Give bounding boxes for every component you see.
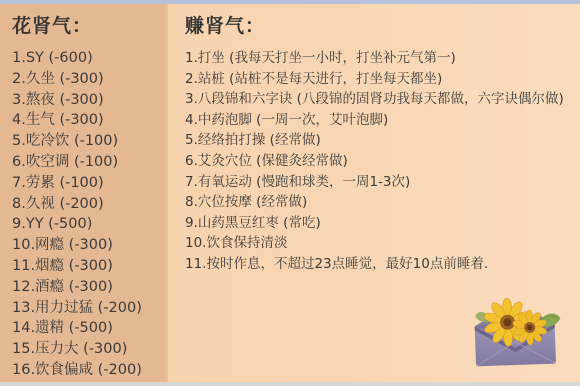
earn-list-item: 10.饮食保持清淡 [185, 233, 580, 254]
spend-panel-title: 花肾气： [12, 14, 168, 38]
earn-list-item: 4.中药泡脚 (一周一次，艾叶泡脚) [185, 110, 580, 131]
earn-list-item: 6.艾灸穴位 (保健灸经常做) [185, 151, 580, 172]
spend-list: 1.SY (-600)2.久坐 (-300)3.熬夜 (-300)4.生气 (-… [12, 48, 168, 381]
spend-list-item: 10.网瘾 (-300) [12, 235, 168, 256]
spend-list-item: 6.吹空调 (-100) [12, 152, 168, 173]
bottom-border-strip [0, 382, 580, 386]
earn-list-item: 8.穴位按摩 (经常做) [185, 192, 580, 213]
spend-list-item: 11.烟瘾 (-300) [12, 256, 168, 277]
earn-list-item: 2.站桩 (站桩不是每天进行，打坐每天都坐) [185, 69, 580, 90]
spend-list-item: 4.生气 (-300) [12, 110, 168, 131]
envelope-sunflower-image [465, 294, 566, 375]
earn-list-item: 9.山药黑豆红枣 (常吃) [185, 213, 580, 234]
earn-list-item: 5.经络拍打操 (经常做) [185, 130, 580, 151]
spend-list-item: 12.酒瘾 (-300) [12, 277, 168, 298]
earn-list-item: 3.八段锦和六字诀 (八段锦的固肾功我每天都做，六字诀偶尔做) [185, 89, 580, 110]
spend-list-item: 5.吃冷饮 (-100) [12, 131, 168, 152]
spend-list-item: 3.熬夜 (-300) [12, 90, 168, 111]
spend-list-item: 8.久视 (-200) [12, 194, 168, 215]
spend-list-item: 16.饮食偏咸 (-200) [12, 360, 168, 381]
earn-list-item: 11.按时作息，不超过23点睡觉，最好10点前睡着. [185, 254, 580, 275]
spend-list-item: 14.遗精 (-500) [12, 318, 168, 339]
spend-list-item: 2.久坐 (-300) [12, 69, 168, 90]
spend-list-item: 13.用力过猛 (-200) [12, 298, 168, 319]
earn-list: 1.打坐 (我每天打坐一小时，打坐补元气第一)2.站桩 (站桩不是每天进行，打坐… [185, 48, 580, 275]
spend-list-item: 7.劳累 (-100) [12, 173, 168, 194]
earn-list-item: 1.打坐 (我每天打坐一小时，打坐补元气第一) [185, 48, 580, 69]
spend-list-item: 9.YY (-500) [12, 214, 168, 235]
earn-list-item: 7.有氧运动 (慢跑和球类，一周1-3次) [185, 172, 580, 193]
spend-list-item: 15.压力大 (-300) [12, 339, 168, 360]
spend-list-item: 1.SY (-600) [12, 48, 168, 69]
spend-kidney-qi-panel: 花肾气： 1.SY (-600)2.久坐 (-300)3.熬夜 (-300)4.… [0, 4, 168, 382]
earn-panel-title: 赚肾气： [185, 14, 580, 38]
envelope-sunflower-icon [465, 294, 566, 375]
kidney-qi-list-image: 花肾气： 1.SY (-600)2.久坐 (-300)3.熬夜 (-300)4.… [0, 0, 580, 386]
